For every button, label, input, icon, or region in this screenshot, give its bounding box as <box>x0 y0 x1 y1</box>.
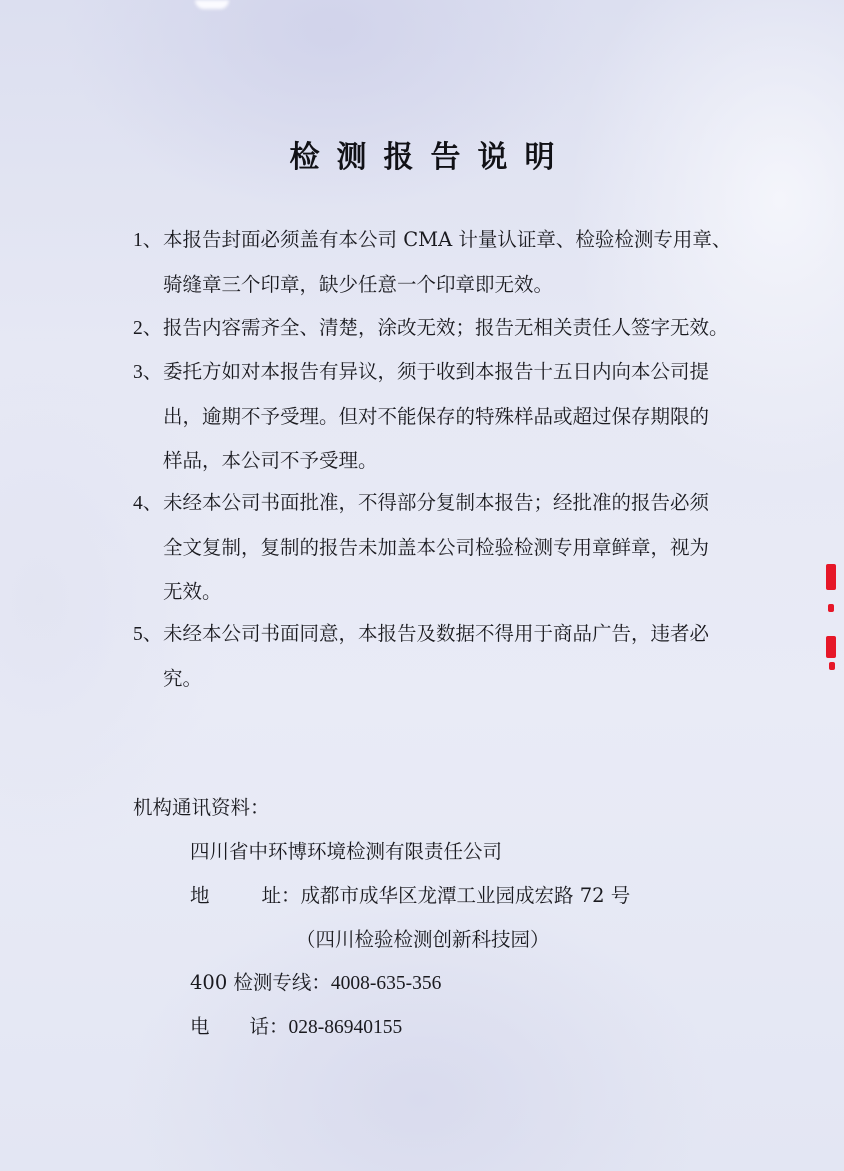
note-text: 无效。 <box>133 570 733 614</box>
seal-fragment <box>826 564 836 590</box>
address-label: 地 <box>190 884 210 907</box>
note-4: 4、未经本公司书面批准，不得部分复制本报告；经批准的报告必须 全文复制，复制的报… <box>133 481 733 614</box>
note-text: 报告内容需齐全、清楚，涂改无效；报告无相关责任人签字无效。 <box>163 316 729 339</box>
phone-number: 028-86940155 <box>289 1017 403 1038</box>
hotline-label: 400 检测专线： <box>190 971 331 994</box>
note-number: 3、 <box>133 351 163 395</box>
phone-label: 电 <box>190 1015 210 1038</box>
note-number: 1、 <box>133 219 163 263</box>
hotline-row: 400 检测专线：4008-635-356 <box>190 967 441 995</box>
address-row: 地址：成都市成华区龙潭工业园成宏路 72 号 <box>190 880 630 908</box>
page-title: 检测报告说明 <box>0 132 844 176</box>
note-5: 5、未经本公司书面同意，本报告及数据不得用于商品广告，违者必 究。 <box>133 612 733 701</box>
hotline-number: 4008-635-356 <box>331 973 442 994</box>
seal-fragment <box>826 636 836 658</box>
company-name: 四川省中环博环境检测有限责任公司 <box>190 836 502 864</box>
note-text: 全文复制，复制的报告未加盖本公司检验检测专用章鲜章，视为 <box>133 526 733 570</box>
note-text: 未经本公司书面同意，本报告及数据不得用于商品广告，违者必 <box>163 622 709 645</box>
note-number: 5、 <box>133 613 163 657</box>
scanned-page: 检测报告说明 1、本报告封面必须盖有本公司 CMA 计量认证章、检验检测专用章、… <box>0 0 844 1171</box>
address-note: （四川检验检测创新科技园） <box>296 924 550 952</box>
note-number: 4、 <box>133 482 163 526</box>
phone-label-suffix: 话： <box>250 1015 289 1038</box>
note-text: 究。 <box>133 657 733 701</box>
note-1: 1、本报告封面必须盖有本公司 CMA 计量认证章、检验检测专用章、 骑缝章三个印… <box>133 218 733 307</box>
seal-fragment <box>828 604 834 612</box>
contact-heading: 机构通讯资料： <box>133 792 270 820</box>
note-text: 委托方如对本报告有异议，须于收到本报告十五日内向本公司提 <box>163 360 709 383</box>
note-text: 未经本公司书面批准，不得部分复制本报告；经批准的报告必须 <box>163 491 709 514</box>
scan-glare <box>195 0 229 9</box>
note-3: 3、委托方如对本报告有异议，须于收到本报告十五日内向本公司提 出，逾期不予受理。… <box>133 350 733 483</box>
note-text: 本报告封面必须盖有本公司 CMA 计量认证章、检验检测专用章、 <box>163 228 731 251</box>
note-text: 出，逾期不予受理。但对不能保存的特殊样品或超过保存期限的 <box>133 395 733 439</box>
note-text: 样品，本公司不予受理。 <box>133 439 733 483</box>
phone-row: 电话：028-86940155 <box>190 1011 402 1039</box>
address-value: 成都市成华区龙潭工业园成宏路 72 号 <box>301 884 631 907</box>
seal-fragment <box>829 662 835 670</box>
note-2: 2、报告内容需齐全、清楚，涂改无效；报告无相关责任人签字无效。 <box>133 306 733 351</box>
note-number: 2、 <box>133 307 163 351</box>
note-text: 骑缝章三个印章，缺少任意一个印章即无效。 <box>133 263 733 307</box>
address-label-suffix: 址： <box>262 884 301 907</box>
